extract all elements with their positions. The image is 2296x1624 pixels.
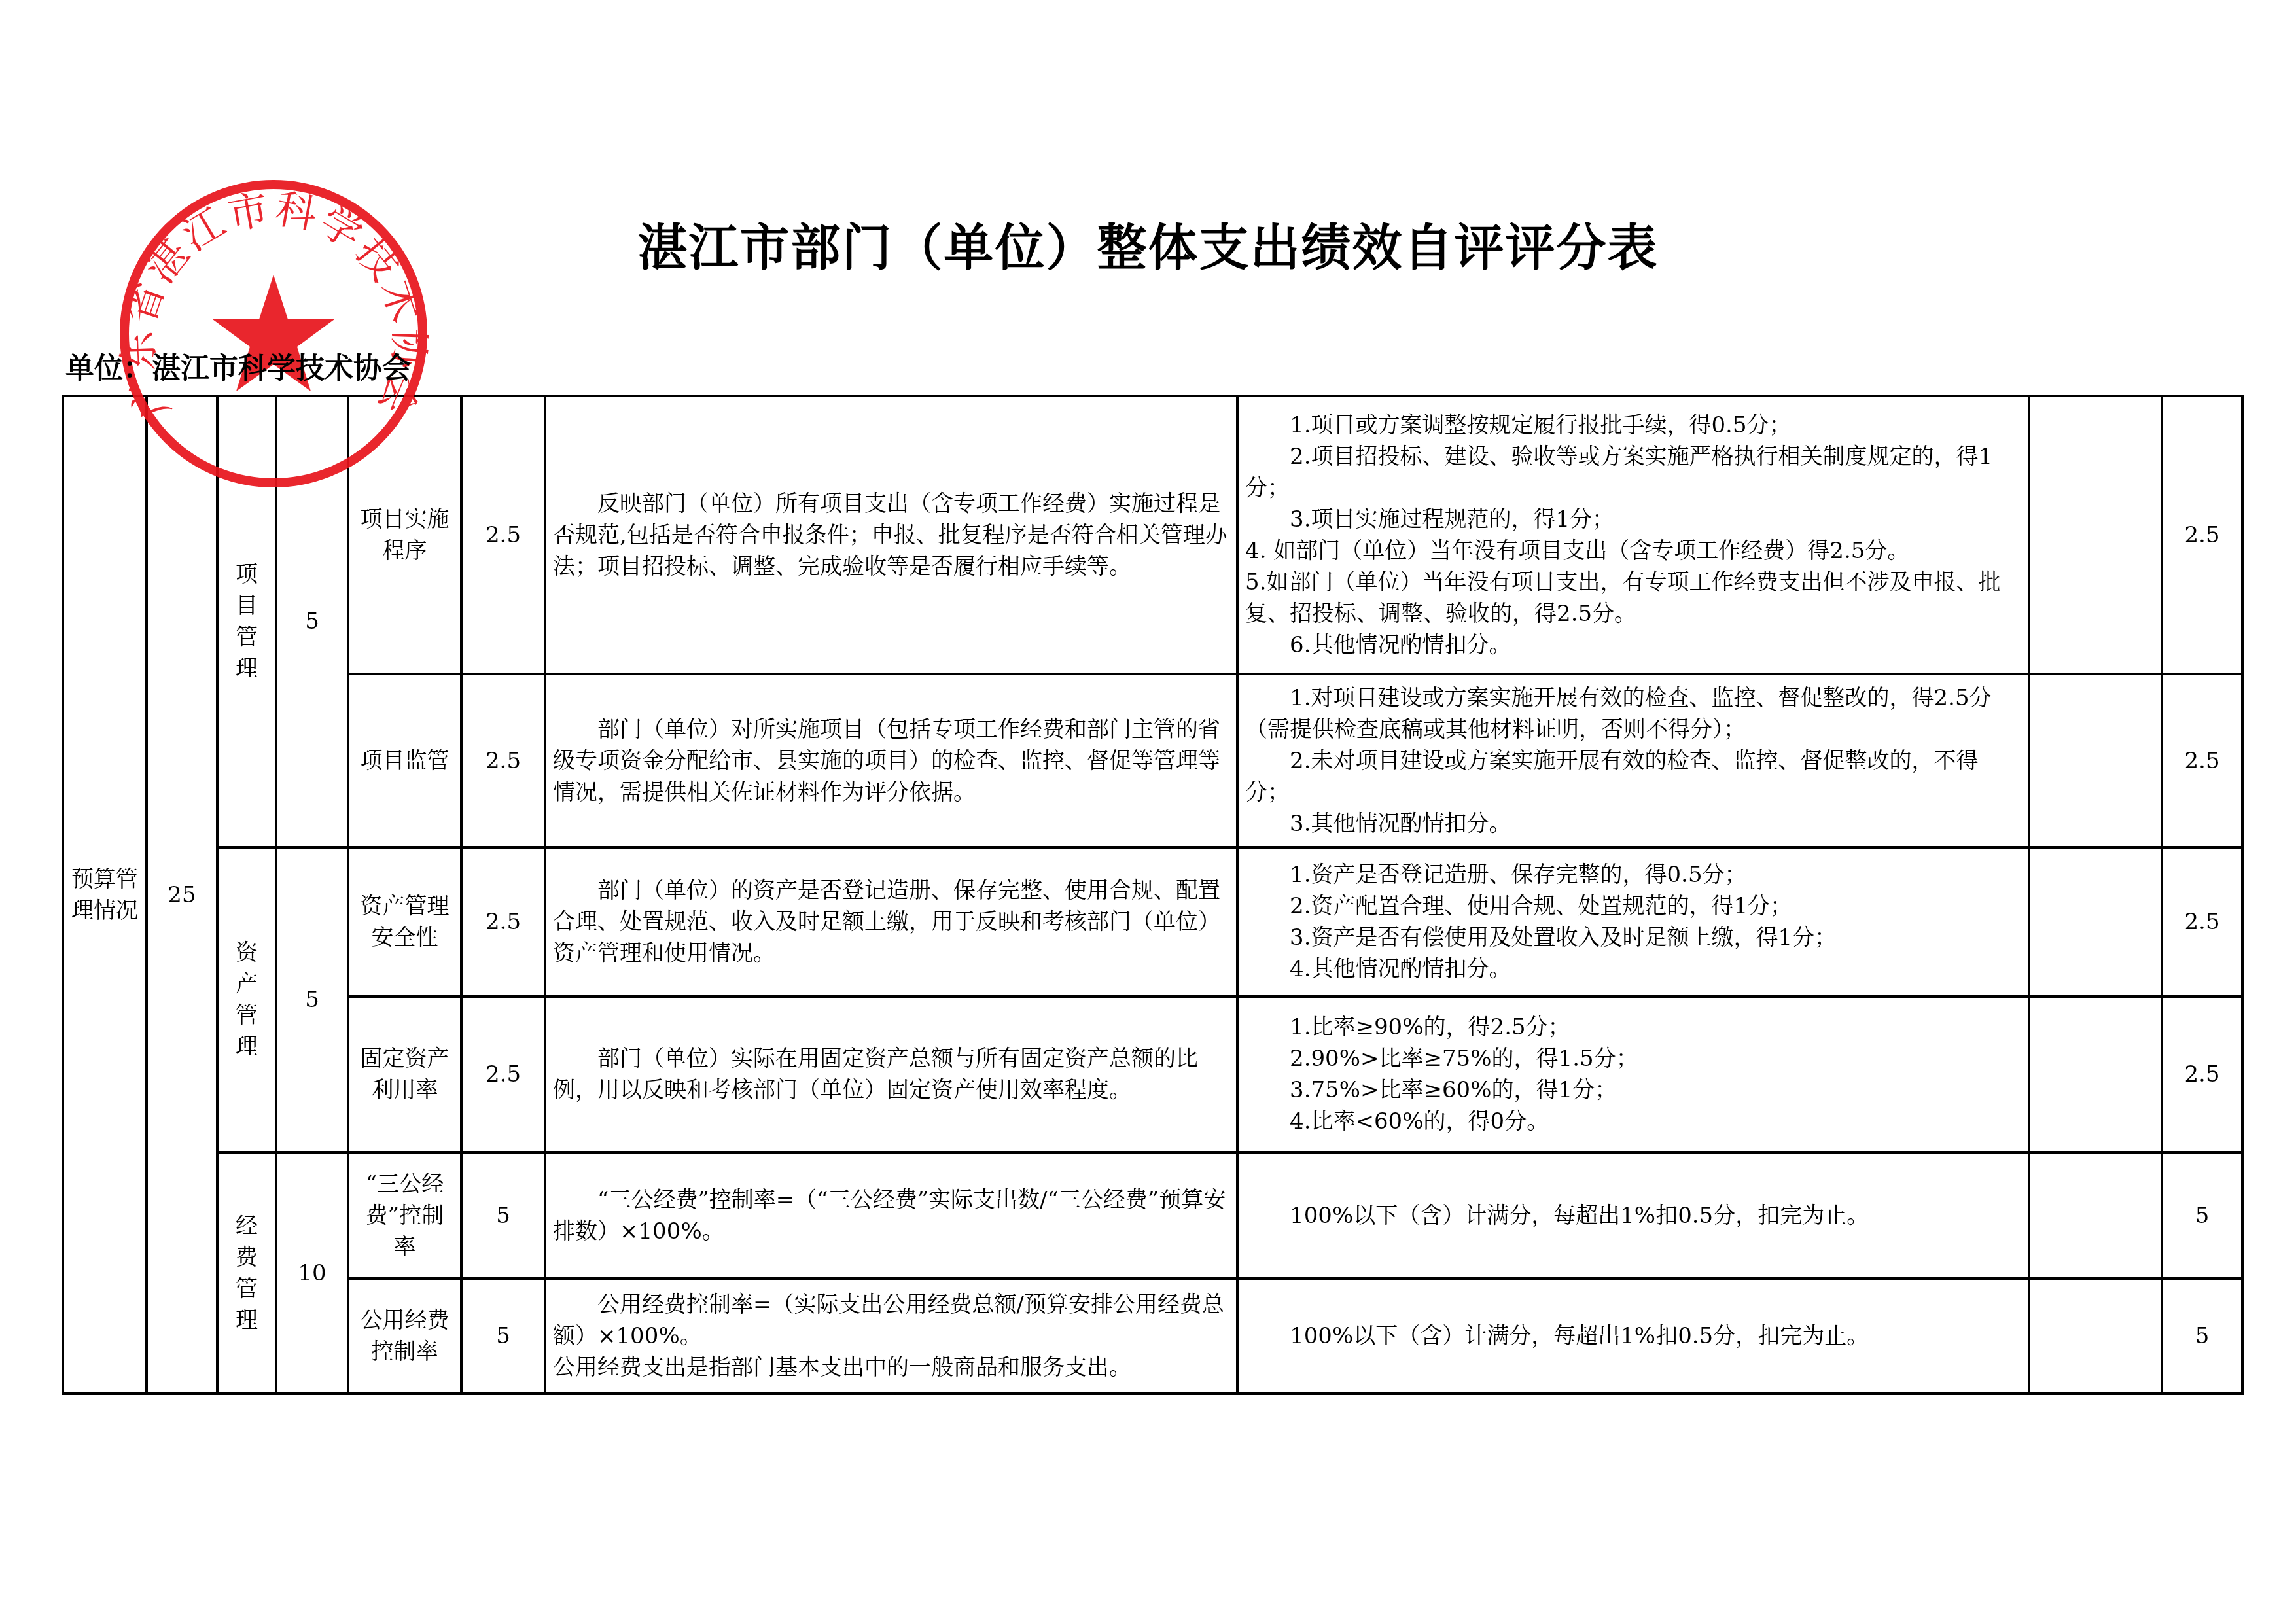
description-text: 部门（单位）实际在用固定资产总额与所有固定资产总额的比例，用以反映和考核部门（单… (553, 1043, 1229, 1106)
level1-name: 预算管理情况 (63, 396, 147, 1394)
self-score: 5 (2162, 1152, 2242, 1279)
criteria-line: 3.其他情况酌情扣分。 (1245, 808, 2021, 839)
description: 公用经费控制率=（实际支出公用经费总额/预算安排公用经费总额）×100%。 公用… (545, 1279, 1237, 1394)
criteria: 1.资产是否登记造册、保存完整的，得0.5分； 2.资产配置合理、使用合规、处置… (1237, 847, 2029, 997)
description-text: 部门（单位）对所实施项目（包括专项工作经费和部门主管的省级专项资金分配给市、县实… (553, 714, 1229, 808)
criteria-line: 4.其他情况酌情扣分。 (1245, 953, 2021, 985)
note-cell (2029, 674, 2162, 847)
weight: 5 (461, 1152, 545, 1279)
self-score: 2.5 (2162, 997, 2242, 1152)
group-name: 经费管理 (217, 1152, 276, 1394)
criteria-line: 5.如部门（单位）当年没有项目支出，有专项工作经费支出但不涉及申报、批复、招投标… (1245, 567, 2021, 629)
criteria-line: 4. 如部门（单位）当年没有项目支出（含专项工作经费）得2.5分。 (1245, 535, 2021, 567)
criteria-line: 100%以下（含）计满分，每超出1%扣0.5分，扣完为止。 (1245, 1320, 2021, 1352)
note-cell (2029, 1152, 2162, 1279)
table-row: 项目监管 2.5 部门（单位）对所实施项目（包括专项工作经费和部门主管的省级专项… (63, 674, 2242, 847)
description-text: 部门（单位）的资产是否登记造册、保存完整、使用合规、配置合理、处置规范、收入及时… (553, 875, 1229, 969)
description-text: 反映部门（单位）所有项目支出（含专项工作经费）实施过程是否规范,包括是否符合申报… (553, 488, 1229, 582)
table-row: 资产管理 5 资产管理安全性 2.5 部门（单位）的资产是否登记造册、保存完整、… (63, 847, 2242, 997)
self-score: 2.5 (2162, 396, 2242, 674)
weight: 2.5 (461, 847, 545, 997)
description: 部门（单位）的资产是否登记造册、保存完整、使用合规、配置合理、处置规范、收入及时… (545, 847, 1237, 997)
indicator: 资产管理安全性 (348, 847, 461, 997)
weight: 2.5 (461, 396, 545, 674)
group-score: 5 (276, 396, 348, 847)
weight: 5 (461, 1279, 545, 1394)
criteria-line: 1.比率≥90%的，得2.5分； (1245, 1012, 2021, 1043)
description: 部门（单位）对所实施项目（包括专项工作经费和部门主管的省级专项资金分配给市、县实… (545, 674, 1237, 847)
indicator: 固定资产利用率 (348, 997, 461, 1152)
criteria-line: 3.资产是否有偿使用及处置收入及时足额上缴，得1分； (1245, 922, 2021, 953)
note-cell (2029, 396, 2162, 674)
unit-label: 单位：湛江市科学技术协会 (65, 345, 411, 387)
description: 反映部门（单位）所有项目支出（含专项工作经费）实施过程是否规范,包括是否符合申报… (545, 396, 1237, 674)
description-text: 公用经费控制率=（实际支出公用经费总额/预算安排公用经费总额）×100%。 公用… (553, 1289, 1229, 1383)
criteria-line: 2.项目招投标、建设、验收等或方案实施严格执行相关制度规定的，得1分； (1245, 441, 2021, 504)
note-cell (2029, 847, 2162, 997)
group-score: 10 (276, 1152, 348, 1394)
criteria: 1.项目或方案调整按规定履行报批手续，得0.5分； 2.项目招投标、建设、验收等… (1237, 396, 2029, 674)
self-score: 2.5 (2162, 674, 2242, 847)
criteria-line: 100%以下（含）计满分，每超出1%扣0.5分，扣完为止。 (1245, 1200, 2021, 1231)
criteria-line: 4.比率<60%的，得0分。 (1245, 1106, 2021, 1137)
table-row: 固定资产利用率 2.5 部门（单位）实际在用固定资产总额与所有固定资产总额的比例… (63, 997, 2242, 1152)
description: 部门（单位）实际在用固定资产总额与所有固定资产总额的比例，用以反映和考核部门（单… (545, 997, 1237, 1152)
weight: 2.5 (461, 997, 545, 1152)
criteria-line: 1.资产是否登记造册、保存完整的，得0.5分； (1245, 859, 2021, 891)
criteria-line: 2.90%>比率≥75%的，得1.5分； (1245, 1043, 2021, 1074)
page-title: 湛江市部门（单位）整体支出绩效自评评分表 (0, 208, 2296, 279)
note-cell (2029, 1279, 2162, 1394)
description: “三公经费”控制率=（“三公经费”实际支出数/“三公经费”预算安排数）×100%… (545, 1152, 1237, 1279)
score-table: 预算管理情况 25 项目管理 5 项目实施程序 2.5 反映部门（单位）所有项目… (62, 395, 2244, 1395)
table-row: 预算管理情况 25 项目管理 5 项目实施程序 2.5 反映部门（单位）所有项目… (63, 396, 2242, 674)
criteria-line: 1.项目或方案调整按规定履行报批手续，得0.5分； (1245, 410, 2021, 441)
criteria-line: 1.对项目建设或方案实施开展有效的检查、监控、督促整改的，得2.5分（需提供检查… (1245, 682, 2021, 745)
criteria-line: 3.75%>比率≥60%的，得1分； (1245, 1074, 2021, 1106)
table-row: 经费管理 10 “三公经费”控制率 5 “三公经费”控制率=（“三公经费”实际支… (63, 1152, 2242, 1279)
criteria: 100%以下（含）计满分，每超出1%扣0.5分，扣完为止。 (1237, 1152, 2029, 1279)
self-score: 5 (2162, 1279, 2242, 1394)
criteria-line: 2.未对项目建设或方案实施开展有效的检查、监控、督促整改的，不得分； (1245, 745, 2021, 808)
indicator: 公用经费控制率 (348, 1279, 461, 1394)
criteria-line: 3.项目实施过程规范的，得1分； (1245, 504, 2021, 535)
indicator: 项目监管 (348, 674, 461, 847)
criteria-line: 6.其他情况酌情扣分。 (1245, 629, 2021, 661)
group-name: 项目管理 (217, 396, 276, 847)
level1-score: 25 (147, 396, 217, 1394)
weight: 2.5 (461, 674, 545, 847)
group-score: 5 (276, 847, 348, 1152)
criteria: 100%以下（含）计满分，每超出1%扣0.5分，扣完为止。 (1237, 1279, 2029, 1394)
criteria: 1.比率≥90%的，得2.5分； 2.90%>比率≥75%的，得1.5分； 3.… (1237, 997, 2029, 1152)
self-score: 2.5 (2162, 847, 2242, 997)
table-row: 公用经费控制率 5 公用经费控制率=（实际支出公用经费总额/预算安排公用经费总额… (63, 1279, 2242, 1394)
description-text: “三公经费”控制率=（“三公经费”实际支出数/“三公经费”预算安排数）×100%… (553, 1184, 1229, 1247)
criteria-line: 2.资产配置合理、使用合规、处置规范的，得1分； (1245, 891, 2021, 922)
note-cell (2029, 997, 2162, 1152)
indicator: “三公经费”控制率 (348, 1152, 461, 1279)
criteria: 1.对项目建设或方案实施开展有效的检查、监控、督促整改的，得2.5分（需提供检查… (1237, 674, 2029, 847)
indicator: 项目实施程序 (348, 396, 461, 674)
group-name: 资产管理 (217, 847, 276, 1152)
